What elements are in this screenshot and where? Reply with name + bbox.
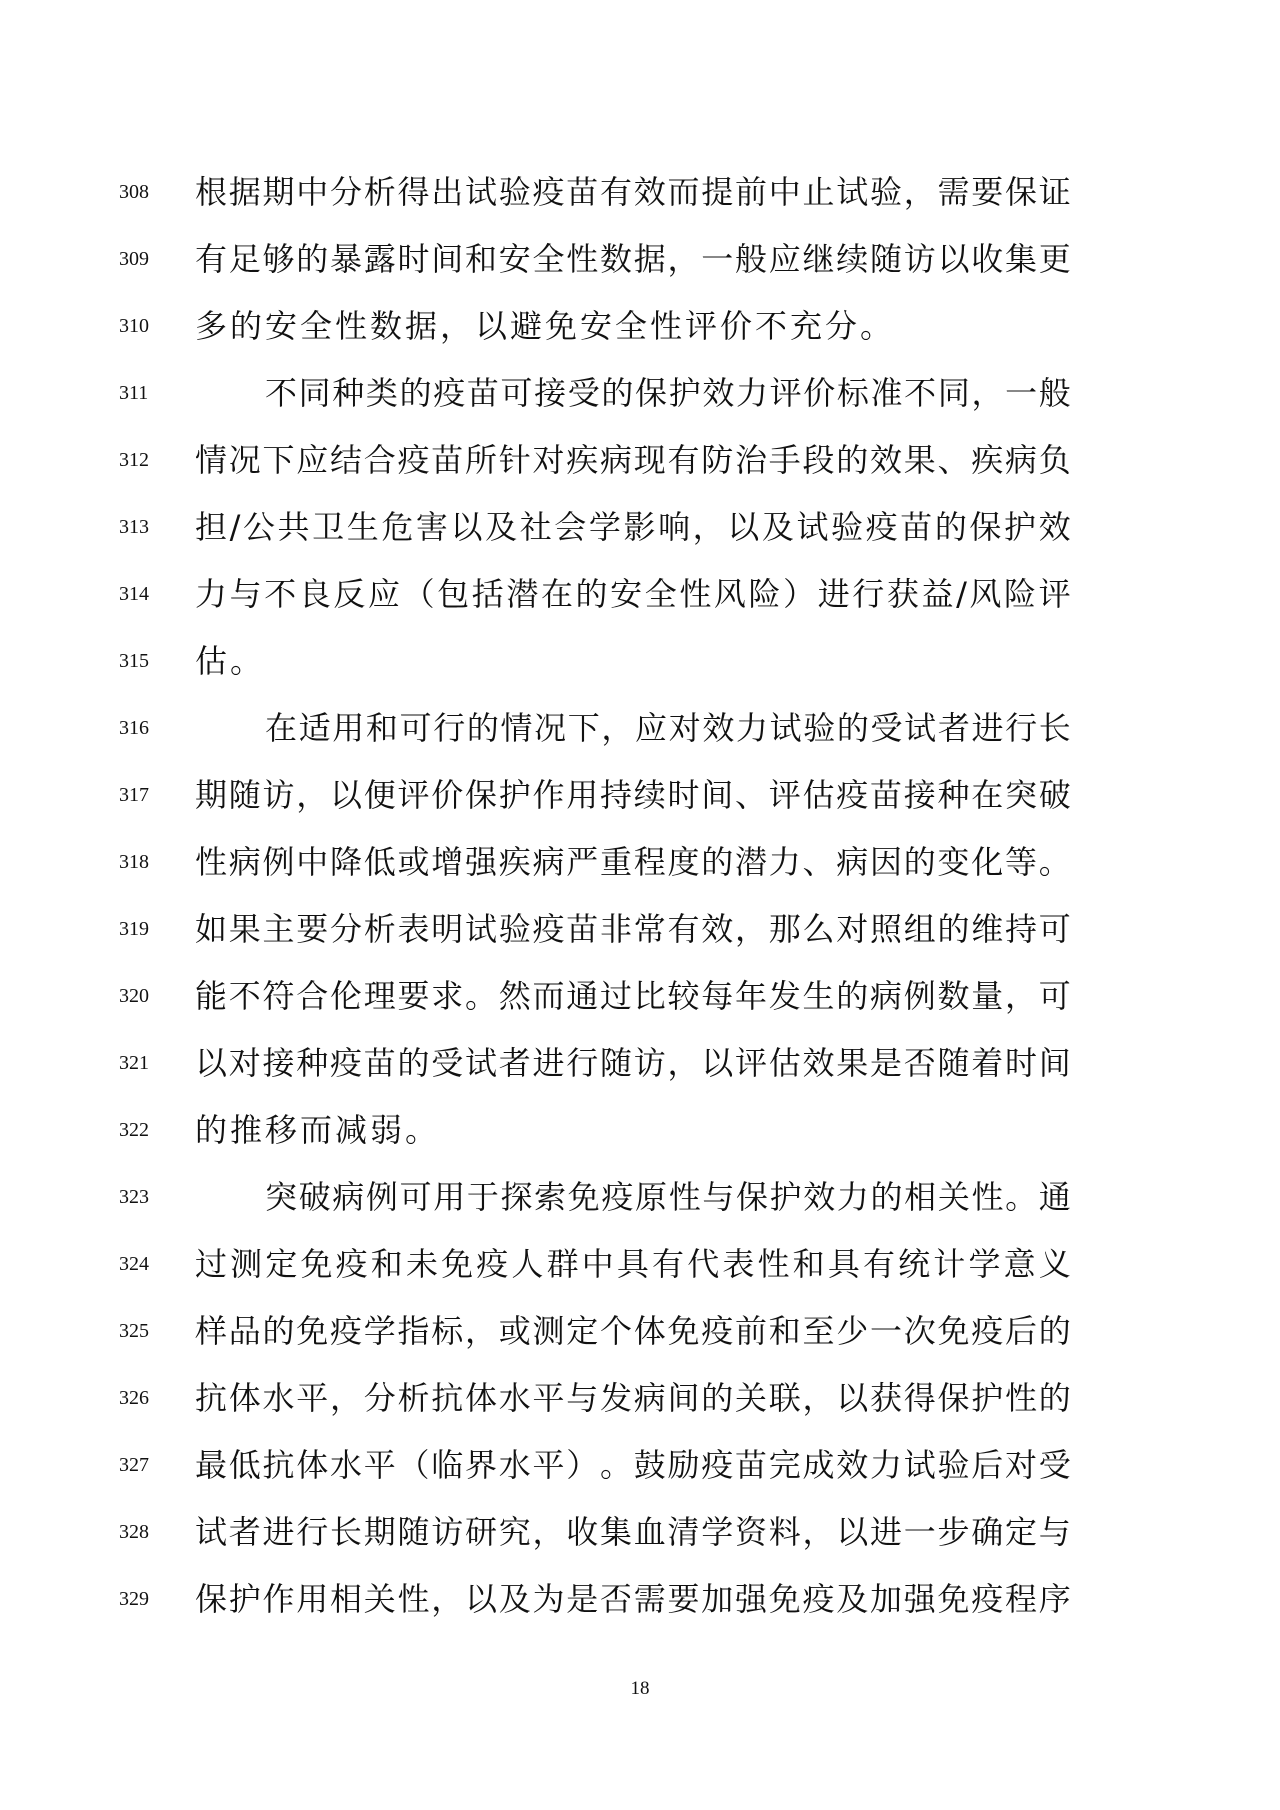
text-line: 312 情况下应结合疫苗所针对疾病现有防治手段的效果、疾病负 <box>0 427 1280 494</box>
line-number: 322 <box>119 1097 149 1164</box>
line-text: 情况下应结合疫苗所针对疾病现有防治手段的效果、疾病负 <box>195 427 1072 494</box>
document-page: 308 根据期中分析得出试验疫苗有效而提前中止试验，需要保证 309 有足够的暴… <box>0 0 1280 1810</box>
line-number: 319 <box>119 896 149 963</box>
line-number: 316 <box>119 695 149 762</box>
text-line: 309 有足够的暴露时间和安全性数据，一般应继续随访以收集更 <box>0 226 1280 293</box>
line-number: 309 <box>119 226 149 293</box>
text-line: 327 最低抗体水平（临界水平）。鼓励疫苗完成效力试验后对受 <box>0 1432 1280 1499</box>
line-number: 315 <box>119 628 149 695</box>
text-line: 308 根据期中分析得出试验疫苗有效而提前中止试验，需要保证 <box>0 159 1280 226</box>
line-text: 估。 <box>195 628 1072 695</box>
line-number: 320 <box>119 963 149 1030</box>
line-number: 312 <box>119 427 149 494</box>
line-number: 326 <box>119 1365 149 1432</box>
text-line: 319 如果主要分析表明试验疫苗非常有效，那么对照组的维持可 <box>0 896 1280 963</box>
line-text: 抗体水平，分析抗体水平与发病间的关联，以获得保护性的 <box>195 1365 1072 1432</box>
line-text: 过测定免疫和未免疫人群中具有代表性和具有统计学意义 <box>195 1231 1072 1298</box>
line-text: 如果主要分析表明试验疫苗非常有效，那么对照组的维持可 <box>195 896 1072 963</box>
line-number: 314 <box>119 561 149 628</box>
line-text: 性病例中降低或增强疾病严重程度的潜力、病因的变化等。 <box>195 829 1072 896</box>
line-text: 根据期中分析得出试验疫苗有效而提前中止试验，需要保证 <box>195 159 1072 226</box>
text-line: 325 样品的免疫学指标，或测定个体免疫前和至少一次免疫后的 <box>0 1298 1280 1365</box>
text-line: 329 保护作用相关性，以及为是否需要加强免疫及加强免疫程序 <box>0 1566 1280 1633</box>
line-text: 样品的免疫学指标，或测定个体免疫前和至少一次免疫后的 <box>195 1298 1072 1365</box>
line-text: 期随访，以便评价保护作用持续时间、评估疫苗接种在突破 <box>195 762 1072 829</box>
text-line: 324 过测定免疫和未免疫人群中具有代表性和具有统计学意义 <box>0 1231 1280 1298</box>
line-text: 试者进行长期随访研究，收集血清学资料，以进一步确定与 <box>195 1499 1072 1566</box>
text-line: 316 在适用和可行的情况下，应对效力试验的受试者进行长 <box>0 695 1280 762</box>
text-line: 322 的推移而减弱。 <box>0 1097 1280 1164</box>
line-number: 317 <box>119 762 149 829</box>
line-number: 311 <box>119 360 148 427</box>
line-text: 不同种类的疫苗可接受的保护效力评价标准不同，一般 <box>265 360 1072 427</box>
text-line: 328 试者进行长期随访研究，收集血清学资料，以进一步确定与 <box>0 1499 1280 1566</box>
text-line: 320 能不符合伦理要求。然而通过比较每年发生的病例数量，可 <box>0 963 1280 1030</box>
line-text: 担/公共卫生危害以及社会学影响，以及试验疫苗的保护效 <box>195 494 1072 561</box>
line-number: 308 <box>119 159 149 226</box>
line-text: 能不符合伦理要求。然而通过比较每年发生的病例数量，可 <box>195 963 1072 1030</box>
line-number: 328 <box>119 1499 149 1566</box>
line-number: 321 <box>119 1030 149 1097</box>
text-line: 315 估。 <box>0 628 1280 695</box>
line-text: 保护作用相关性，以及为是否需要加强免疫及加强免疫程序 <box>195 1566 1072 1633</box>
text-line: 317 期随访，以便评价保护作用持续时间、评估疫苗接种在突破 <box>0 762 1280 829</box>
line-number: 325 <box>119 1298 149 1365</box>
text-line: 321 以对接种疫苗的受试者进行随访，以评估效果是否随着时间 <box>0 1030 1280 1097</box>
text-line: 314 力与不良反应（包括潜在的安全性风险）进行获益/风险评 <box>0 561 1280 628</box>
line-text: 多的安全性数据，以避免安全性评价不充分。 <box>195 293 1072 360</box>
line-number: 318 <box>119 829 149 896</box>
text-line: 311 不同种类的疫苗可接受的保护效力评价标准不同，一般 <box>0 360 1280 427</box>
text-line: 326 抗体水平，分析抗体水平与发病间的关联，以获得保护性的 <box>0 1365 1280 1432</box>
line-number: 329 <box>119 1566 149 1633</box>
line-text: 力与不良反应（包括潜在的安全性风险）进行获益/风险评 <box>195 561 1072 628</box>
page-number: 18 <box>0 1678 1280 1700</box>
line-text: 有足够的暴露时间和安全性数据，一般应继续随访以收集更 <box>195 226 1072 293</box>
text-line: 310 多的安全性数据，以避免安全性评价不充分。 <box>0 293 1280 360</box>
line-number: 313 <box>119 494 149 561</box>
text-line: 313 担/公共卫生危害以及社会学影响，以及试验疫苗的保护效 <box>0 494 1280 561</box>
text-line: 323 突破病例可用于探索免疫原性与保护效力的相关性。通 <box>0 1164 1280 1231</box>
line-text: 在适用和可行的情况下，应对效力试验的受试者进行长 <box>265 695 1072 762</box>
line-number: 323 <box>119 1164 149 1231</box>
line-number: 324 <box>119 1231 149 1298</box>
text-line: 318 性病例中降低或增强疾病严重程度的潜力、病因的变化等。 <box>0 829 1280 896</box>
line-number: 310 <box>119 293 149 360</box>
line-number: 327 <box>119 1432 149 1499</box>
line-text: 的推移而减弱。 <box>195 1097 1072 1164</box>
line-text: 突破病例可用于探索免疫原性与保护效力的相关性。通 <box>265 1164 1072 1231</box>
line-text: 最低抗体水平（临界水平）。鼓励疫苗完成效力试验后对受 <box>195 1432 1072 1499</box>
line-text: 以对接种疫苗的受试者进行随访，以评估效果是否随着时间 <box>195 1030 1072 1097</box>
